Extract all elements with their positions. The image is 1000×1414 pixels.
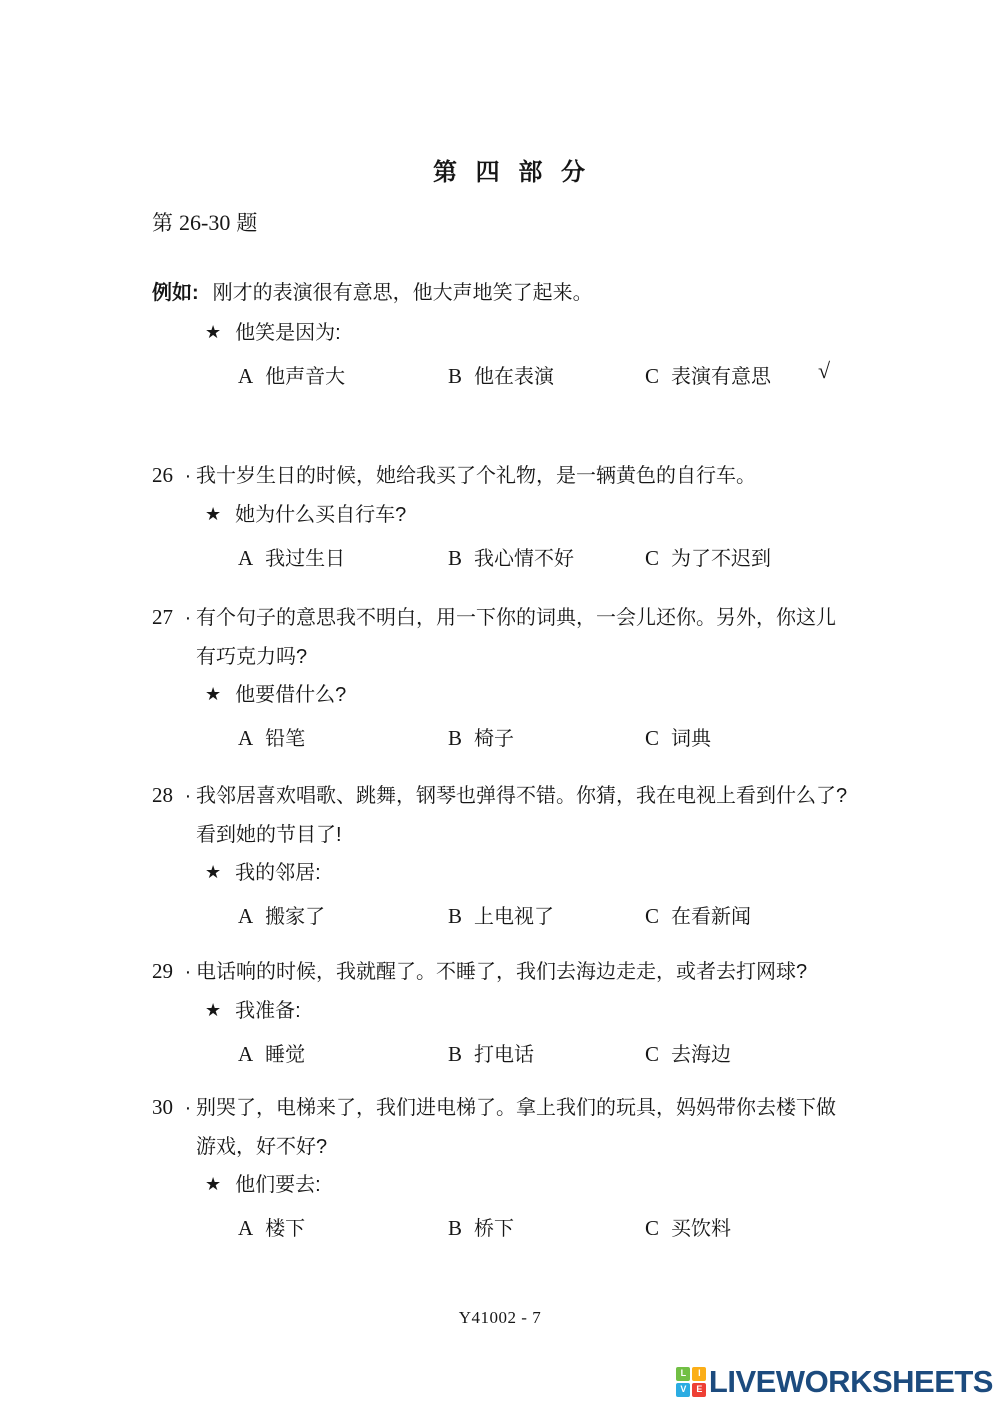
- answer-checkmark: √: [818, 358, 830, 384]
- page-code: Y41002 - 7: [0, 1308, 1000, 1328]
- number-separator: ·: [180, 959, 196, 986]
- star-icon: ★: [205, 997, 221, 1024]
- question-number: 29: [152, 958, 180, 985]
- option-letter: A: [238, 546, 253, 570]
- example-question-line: ★ 他笑是因为:: [205, 320, 341, 347]
- option-letter: A: [238, 904, 253, 928]
- logo-square-e: E: [692, 1383, 706, 1397]
- option-text: 打电话: [474, 1044, 534, 1066]
- passage-text: 有巧克力吗?: [196, 644, 307, 671]
- passage-text: 有个句子的意思我不明白，用一下你的词典，一会儿还你。另外，你这儿: [196, 605, 836, 632]
- option-text: 桥下: [474, 1218, 514, 1240]
- star-icon: ★: [205, 859, 221, 886]
- example-passage-line: 例如: 刚才的表演很有意思，他大声地笑了起来。: [152, 280, 593, 307]
- option-letter: B: [448, 364, 462, 388]
- option-a[interactable]: A楼下: [238, 1212, 305, 1241]
- number-separator: ·: [180, 1095, 196, 1122]
- star-icon: ★: [205, 319, 221, 346]
- question-passage-line: 有巧克力吗?: [152, 644, 307, 671]
- number-separator: ·: [180, 605, 196, 632]
- option-letter: B: [448, 1216, 462, 1240]
- option-text: 词典: [671, 728, 711, 750]
- option-c[interactable]: C去海边: [645, 1038, 731, 1067]
- option-a[interactable]: A我过生日: [238, 542, 345, 571]
- option-letter: A: [238, 1216, 253, 1240]
- question-line: ★ 他要借什么?: [205, 682, 346, 709]
- question-text: 我的邻居:: [235, 860, 321, 887]
- option-text: 他在表演: [474, 366, 554, 388]
- options-row: A睡觉 B打电话 C去海边: [152, 1038, 872, 1066]
- question-number: 27: [152, 604, 180, 631]
- question-line: ★ 我准备:: [205, 998, 301, 1025]
- question-passage-line: 27 · 有个句子的意思我不明白，用一下你的词典，一会儿还你。另外，你这儿: [152, 604, 836, 632]
- option-text: 我过生日: [265, 548, 345, 570]
- option-text: 上电视了: [474, 906, 554, 928]
- question-text: 她为什么买自行车?: [235, 502, 406, 529]
- options-row: A我过生日 B我心情不好 C为了不迟到: [152, 542, 872, 570]
- option-text: 表演有意思: [671, 366, 771, 388]
- question-passage-line: 29 · 电话响的时候，我就醒了。不睡了，我们去海边走走，或者去打网球?: [152, 958, 807, 986]
- option-c[interactable]: C为了不迟到: [645, 542, 771, 571]
- option-text: 睡觉: [265, 1044, 305, 1066]
- question-passage-line: 26 · 我十岁生日的时候，她给我买了个礼物，是一辆黄色的自行车。: [152, 462, 756, 490]
- question-number: 28: [152, 782, 180, 809]
- option-a[interactable]: A搬家了: [238, 900, 325, 929]
- options-row: A铅笔 B椅子 C词典: [152, 722, 872, 750]
- question-text: 他们要去:: [235, 1172, 321, 1199]
- logo-square-i: I: [692, 1367, 706, 1381]
- liveworksheets-grid-icon: L I V E: [676, 1366, 707, 1397]
- option-text: 搬家了: [265, 906, 325, 928]
- range-prefix: 第: [152, 212, 173, 235]
- option-letter: C: [645, 1042, 659, 1066]
- option-letter: C: [645, 546, 659, 570]
- range-suffix: 题: [236, 212, 257, 235]
- passage-text: 电话响的时候，我就醒了。不睡了，我们去海边走走，或者去打网球?: [196, 959, 807, 986]
- question-text: 他要借什么?: [235, 682, 346, 709]
- option-text: 在看新闻: [671, 906, 751, 928]
- option-text: 我心情不好: [474, 548, 574, 570]
- liveworksheets-logo[interactable]: L I V E LIVEWORKSHEETS: [676, 1366, 993, 1397]
- logo-square-v: V: [676, 1383, 690, 1397]
- option-letter: A: [238, 364, 253, 388]
- option-a[interactable]: A他声音大: [238, 360, 345, 389]
- question-range: 第26-30题: [152, 207, 257, 237]
- liveworksheets-wordmark: LIVEWORKSHEETS: [709, 1366, 993, 1397]
- worksheet-page: 第 四 部 分 第26-30题 例如: 刚才的表演很有意思，他大声地笑了起来。 …: [152, 0, 872, 1414]
- logo-square-l: L: [676, 1367, 690, 1381]
- passage-text: 我邻居喜欢唱歌、跳舞，钢琴也弹得不错。你猜，我在电视上看到什么了?: [196, 783, 847, 810]
- option-letter: C: [645, 1216, 659, 1240]
- example-label: 例如:: [152, 280, 199, 307]
- option-letter: A: [238, 1042, 253, 1066]
- option-letter: A: [238, 726, 253, 750]
- option-letter: B: [448, 726, 462, 750]
- number-separator: ·: [180, 463, 196, 490]
- option-a[interactable]: A睡觉: [238, 1038, 305, 1067]
- number-separator: ·: [180, 783, 196, 810]
- passage-text: 我十岁生日的时候，她给我买了个礼物，是一辆黄色的自行车。: [196, 463, 756, 490]
- option-c[interactable]: C词典: [645, 722, 711, 751]
- question-passage-line: 看到她的节目了!: [152, 822, 342, 849]
- option-c[interactable]: C买饮料: [645, 1212, 731, 1241]
- star-icon: ★: [205, 681, 221, 708]
- option-b[interactable]: B他在表演: [448, 360, 554, 389]
- question-line: ★ 她为什么买自行车?: [205, 502, 406, 529]
- passage-text: 看到她的节目了!: [196, 822, 342, 849]
- passage-text: 游戏，好不好?: [196, 1134, 327, 1161]
- option-letter: B: [448, 546, 462, 570]
- option-b[interactable]: B桥下: [448, 1212, 514, 1241]
- option-letter: C: [645, 364, 659, 388]
- option-text: 椅子: [474, 728, 514, 750]
- option-text: 楼下: [265, 1218, 305, 1240]
- question-number: 30: [152, 1094, 180, 1121]
- option-text: 铅笔: [265, 728, 305, 750]
- range-numbers: 26-30: [173, 210, 236, 235]
- question-line: ★ 他们要去:: [205, 1172, 321, 1199]
- options-row: A搬家了 B上电视了 C在看新闻: [152, 900, 872, 928]
- option-c[interactable]: C在看新闻: [645, 900, 751, 929]
- option-text: 买饮料: [671, 1218, 731, 1240]
- example-options-row: A他声音大 B他在表演 C表演有意思 √: [152, 360, 872, 388]
- section-title: 第 四 部 分: [152, 152, 872, 187]
- option-a[interactable]: A铅笔: [238, 722, 305, 751]
- option-letter: B: [448, 1042, 462, 1066]
- question-passage-line: 30 · 别哭了，电梯来了，我们进电梯了。拿上我们的玩具，妈妈带你去楼下做: [152, 1094, 836, 1122]
- option-letter: C: [645, 904, 659, 928]
- option-b[interactable]: B打电话: [448, 1038, 534, 1067]
- question-passage-line: 28 · 我邻居喜欢唱歌、跳舞，钢琴也弹得不错。你猜，我在电视上看到什么了?: [152, 782, 847, 810]
- option-c[interactable]: C表演有意思: [645, 360, 771, 389]
- passage-text: 别哭了，电梯来了，我们进电梯了。拿上我们的玩具，妈妈带你去楼下做: [196, 1095, 836, 1122]
- question-line: ★ 我的邻居:: [205, 860, 321, 887]
- option-text: 为了不迟到: [671, 548, 771, 570]
- star-icon: ★: [205, 501, 221, 528]
- question-text: 他笑是因为:: [235, 320, 341, 347]
- option-b[interactable]: B上电视了: [448, 900, 554, 929]
- option-b[interactable]: B我心情不好: [448, 542, 574, 571]
- question-text: 我准备:: [235, 998, 301, 1025]
- option-b[interactable]: B椅子: [448, 722, 514, 751]
- passage-text: 刚才的表演很有意思，他大声地笑了起来。: [213, 280, 593, 307]
- option-text: 去海边: [671, 1044, 731, 1066]
- question-passage-line: 游戏，好不好?: [152, 1134, 327, 1161]
- star-icon: ★: [205, 1171, 221, 1198]
- option-letter: B: [448, 904, 462, 928]
- option-letter: C: [645, 726, 659, 750]
- option-text: 他声音大: [265, 366, 345, 388]
- question-number: 26: [152, 462, 180, 489]
- options-row: A楼下 B桥下 C买饮料: [152, 1212, 872, 1240]
